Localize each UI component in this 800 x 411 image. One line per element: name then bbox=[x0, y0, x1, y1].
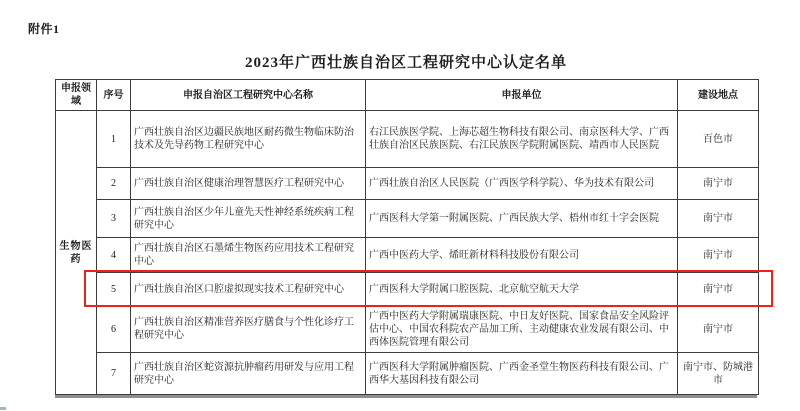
applicant-cell: 广西医科大学附属肿瘤医院、广西金圣堂生物医药科技有限公司、广西华大基因科技有限公… bbox=[366, 353, 678, 395]
col-header-location: 建设地点 bbox=[678, 80, 759, 111]
center-name-cell: 广西壮族自治区蛇资源抗肿瘤药用研发与应用工程研究中心 bbox=[131, 353, 366, 395]
center-name-cell: 广西壮族自治区少年儿童先天性神经系统疾病工程研究中心 bbox=[131, 200, 366, 238]
applicant-cell: 广西中医药大学附属瑞康医院、中日友好医院、国家食品安全风险评估中心、中国农科院农… bbox=[366, 306, 678, 353]
location-cell: 南宁市 bbox=[678, 306, 759, 353]
row-index: 2 bbox=[97, 168, 131, 200]
row-index: 1 bbox=[97, 111, 131, 168]
center-name-cell: 广西壮族自治区边疆民族地区耐药微生物临床防治技术及先导药物工程研究中心 bbox=[131, 111, 366, 168]
applicant-cell: 右江民族医学院、上海芯超生物科技有限公司、南京医科大学、广西壮族自治区民族医院、… bbox=[366, 111, 678, 168]
applicant-cell: 广西中医药大学、烯旺新材料科技股份有限公司 bbox=[366, 238, 678, 273]
col-header-center-name: 申报自治区工程研究中心名称 bbox=[131, 80, 366, 111]
location-cell: 南宁市 bbox=[678, 200, 759, 238]
table-row: 4 广西壮族自治区石墨烯生物医药应用技术工程研究中心 广西中医药大学、烯旺新材料… bbox=[56, 238, 759, 273]
row-index: 4 bbox=[97, 238, 131, 273]
col-header-field: 申报领域 bbox=[56, 80, 97, 111]
table-row: 7 广西壮族自治区蛇资源抗肿瘤药用研发与应用工程研究中心 广西医科大学附属肿瘤医… bbox=[56, 353, 759, 395]
row-index: 7 bbox=[97, 353, 131, 395]
location-cell: 南宁市 bbox=[678, 273, 759, 306]
page-title: 2023年广西壮族自治区工程研究中心认定名单 bbox=[0, 51, 800, 72]
document-page: 附件1 2023年广西壮族自治区工程研究中心认定名单 申报领域 序号 申报自治区… bbox=[0, 0, 800, 411]
row-index: 3 bbox=[97, 200, 131, 238]
col-header-applicant: 申报单位 bbox=[366, 80, 678, 111]
corner-artifact bbox=[0, 407, 6, 410]
table-row: 6 广西壮族自治区精准营养医疗膳食与个性化诊疗工程研究中心 广西中医药大学附属瑞… bbox=[56, 306, 759, 353]
location-cell: 南宁市 bbox=[678, 168, 759, 200]
location-cell: 南宁市、防城港市 bbox=[678, 353, 759, 395]
table-header-row: 申报领域 序号 申报自治区工程研究中心名称 申报单位 建设地点 bbox=[56, 80, 759, 111]
col-header-index: 序号 bbox=[97, 80, 131, 111]
table-row: 生物医药 1 广西壮族自治区边疆民族地区耐药微生物临床防治技术及先导药物工程研究… bbox=[56, 111, 759, 168]
table-bottom-shadow bbox=[55, 395, 757, 398]
center-name-cell: 广西壮族自治区石墨烯生物医药应用技术工程研究中心 bbox=[131, 238, 366, 273]
applicant-cell: 广西医科大学附属口腔医院、北京航空航天大学 bbox=[366, 273, 678, 306]
location-cell: 百色市 bbox=[678, 111, 759, 168]
research-centers-table: 申报领域 序号 申报自治区工程研究中心名称 申报单位 建设地点 生物医药 1 广… bbox=[55, 79, 759, 395]
table-row: 2 广西壮族自治区健康治理智慧医疗工程研究中心 广西壮族自治区人民医院（广西医学… bbox=[56, 168, 759, 200]
center-name-cell: 广西壮族自治区口腔虚拟现实技术工程研究中心 bbox=[131, 273, 366, 306]
location-cell: 南宁市 bbox=[678, 238, 759, 273]
row-index: 6 bbox=[97, 306, 131, 353]
row-index: 5 bbox=[97, 273, 131, 306]
center-name-cell: 广西壮族自治区健康治理智慧医疗工程研究中心 bbox=[131, 168, 366, 200]
applicant-cell: 广西壮族自治区人民医院（广西医学科学院）、华为技术有限公司 bbox=[366, 168, 678, 200]
field-group-cell: 生物医药 bbox=[56, 111, 97, 395]
center-name-cell: 广西壮族自治区精准营养医疗膳食与个性化诊疗工程研究中心 bbox=[131, 306, 366, 353]
attachment-label: 附件1 bbox=[28, 20, 60, 37]
table-row-highlighted: 5 广西壮族自治区口腔虚拟现实技术工程研究中心 广西医科大学附属口腔医院、北京航… bbox=[56, 273, 759, 306]
table-row: 3 广西壮族自治区少年儿童先天性神经系统疾病工程研究中心 广西医科大学第一附属医… bbox=[56, 200, 759, 238]
applicant-cell: 广西医科大学第一附属医院、广西民族大学、梧州市红十字会医院 bbox=[366, 200, 678, 238]
